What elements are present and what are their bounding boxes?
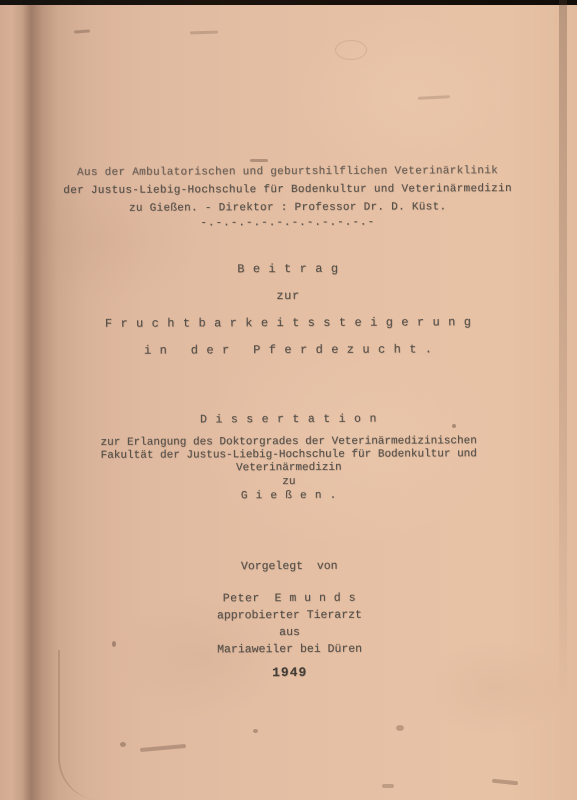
author-hometown: Mariaweiler bei Düren [1,640,577,660]
thesis-title: B e i t r a g zur F r u c h t b a r k e … [0,261,577,372]
institute-header: Aus der Ambulatorischen und geburtshilfl… [0,162,576,231]
dissertation-line-4: zu [0,474,577,490]
publication-year: 1949 [1,663,577,683]
title-line-4: i n d e r P f e r d e z u c h t . [0,342,577,359]
submission-block: Vorgelegt von Peter E m u n d s approbie… [1,557,577,683]
dissertation-heading: D i s s e r t a t i o n [0,412,577,429]
title-line-1: B e i t r a g [0,261,576,278]
dissertation-statement: D i s s e r t a t i o n zur Erlangung de… [0,412,577,503]
title-line-2: zur [0,288,577,305]
typewritten-content: Aus der Ambulatorischen und geburtshilfl… [0,0,577,800]
submission-label: Vorgelegt von [1,557,577,577]
scanned-page: Aus der Ambulatorischen und geburtshilfl… [0,0,577,800]
institute-line-2: der Justus-Liebig-Hochschule für Bodenku… [0,180,576,201]
dissertation-place: G i e ß e n . [0,489,577,504]
section-divider: -.-.-.-.-.-.-.-.-.-.-.- [0,216,576,231]
title-line-3: F r u c h t b a r k e i t s s t e i g e … [0,315,577,332]
